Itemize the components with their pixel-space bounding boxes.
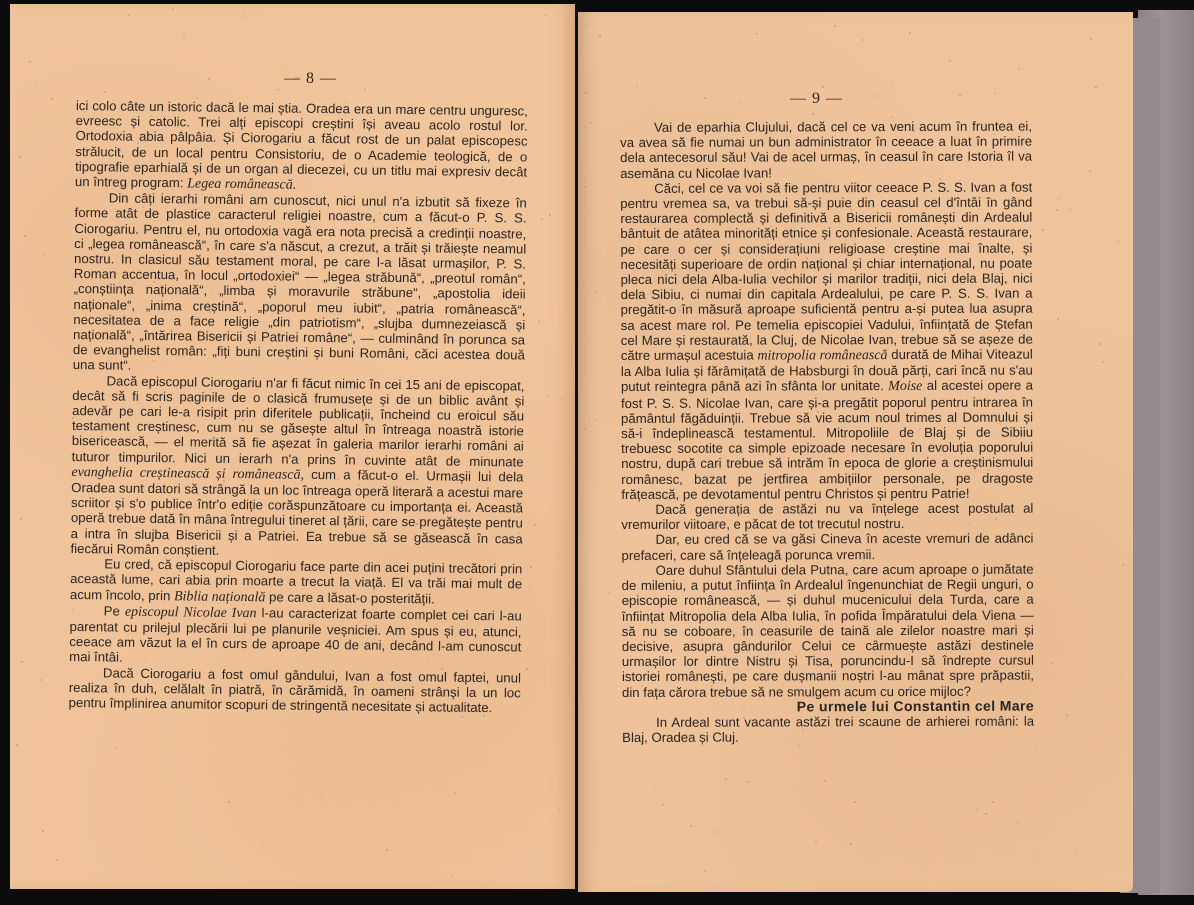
paragraph: In Ardeal sunt vacante astăzi trei scaun…: [622, 713, 1034, 745]
paragraph: Dacă generația de astăzi nu va înțelege …: [621, 501, 1033, 533]
paper-speck: [259, 339, 261, 341]
italic-phrase: Biblia națională: [174, 589, 266, 605]
paper-speck: [558, 809, 560, 811]
italic-phrase: episcopul Nicolae Ivan: [125, 604, 257, 621]
text-run: Dar, eu cred că se va găsi Cineva în ace…: [621, 531, 1033, 563]
paper-speck: [806, 257, 808, 259]
paper-speck: [994, 92, 996, 94]
paper-speck: [738, 102, 740, 104]
paper-speck: [83, 111, 85, 113]
paper-speck: [172, 8, 174, 10]
text-run: Dacă episcopul Ciorogariu n'ar fi făcut …: [72, 373, 525, 469]
paper-speck: [403, 678, 405, 680]
paper-speck: [682, 743, 684, 745]
paper-speck: [551, 783, 553, 785]
paper-speck: [297, 77, 299, 79]
paragraph: Vai de eparhia Clujului, dacă cel ce va …: [620, 119, 1032, 181]
paper-speck: [327, 626, 329, 628]
paper-speck: [857, 707, 859, 709]
text-run: Dacă Ciorogariu a fost omul gândului, Iv…: [69, 665, 522, 715]
paragraph: Dacă Ciorogariu a fost omul gândului, Iv…: [69, 664, 522, 715]
paper-speck: [704, 97, 706, 99]
paper-speck: [917, 481, 919, 483]
paper-speck: [1056, 209, 1058, 211]
paper-speck: [404, 697, 406, 699]
paper-speck: [319, 23, 321, 25]
paper-speck: [101, 431, 103, 433]
paper-speck: [662, 804, 664, 806]
paper-speck: [1089, 170, 1091, 172]
italic-phrase: Moise: [888, 379, 922, 394]
paper-speck: [40, 679, 42, 681]
paper-speck: [549, 214, 551, 216]
paper-speck: [584, 186, 586, 188]
paragraph: Căci, cel ce va voi să fie pentru viitor…: [620, 179, 1033, 502]
text-run: Căci, cel ce va voi să fie pentru viitor…: [620, 179, 1033, 363]
paper-speck: [337, 478, 339, 480]
paper-speck: [801, 672, 803, 674]
paper-speck: [641, 685, 643, 687]
italic-phrase: Legea românească.: [187, 176, 296, 192]
paper-speck: [157, 443, 159, 445]
paper-speck: [153, 360, 155, 362]
paper-speck: [364, 88, 366, 90]
paper-speck: [590, 122, 592, 124]
paper-speck: [179, 570, 181, 572]
paper-speck: [114, 747, 116, 749]
paragraph: Oare duhul Sfântului dela Putna, care ac…: [622, 561, 1034, 699]
paper-speck: [992, 801, 994, 803]
paper-speck: [307, 284, 309, 286]
text-run: Din câți ierarhi români am cunoscut, nic…: [73, 191, 527, 374]
paper-speck: [711, 685, 713, 687]
paper-speck: [770, 225, 772, 227]
paper-speck: [104, 91, 106, 93]
paper-speck: [242, 419, 244, 421]
text-run: In Ardeal sunt vacante astăzi trei scaun…: [622, 713, 1034, 745]
right-page-text: Vai de eparhia Clujului, dacă cel ce va …: [620, 119, 1034, 746]
paper-speck: [985, 813, 987, 815]
paper-speck: [219, 417, 221, 419]
text-run: pe care a lăsat-o posterității.: [265, 589, 434, 606]
paper-speck: [1122, 564, 1124, 566]
paper-speck: [142, 206, 144, 208]
left-page-text: ici colo câte un istoric dacă le mai ști…: [69, 98, 528, 716]
text-run: Dacă generația de astăzi nu va înțelege …: [621, 501, 1033, 533]
paper-speck: [243, 604, 245, 606]
paper-speck: [660, 31, 662, 33]
paper-speck: [153, 281, 155, 283]
paragraph: Dacă episcopul Ciorogariu n'ar fi făcut …: [70, 373, 524, 562]
paper-speck: [585, 92, 587, 94]
paper-speck: [503, 81, 505, 83]
paper-speck: [56, 859, 58, 861]
paper-speck: [203, 135, 205, 137]
paper-speck: [321, 796, 323, 798]
paper-speck: [704, 870, 706, 872]
paper-speck: [1051, 662, 1053, 664]
paper-speck: [42, 830, 44, 832]
paper-speck: [94, 137, 96, 139]
paper-speck: [290, 375, 292, 377]
paper-speck: [608, 592, 610, 594]
paper-speck: [624, 444, 626, 446]
paper-speck: [690, 825, 692, 827]
paper-speck: [850, 843, 852, 845]
paper-speck: [137, 142, 139, 144]
left-page-number: — 8 —: [284, 70, 337, 88]
right-after-heading: In Ardeal sunt vacante astăzi trei scaun…: [622, 713, 1034, 745]
paper-speck: [150, 115, 152, 117]
paper-speck: [1090, 38, 1092, 40]
paper-speck: [534, 524, 536, 526]
paper-speck: [561, 398, 563, 400]
paper-speck: [405, 497, 407, 499]
paper-speck: [557, 553, 559, 555]
paper-speck: [948, 321, 950, 323]
paragraph: Pe episcopul Nicolae Ivan l-au caracteri…: [69, 603, 522, 670]
paragraph: Din câți ierarhi români am cunoscut, nic…: [73, 190, 527, 378]
paper-speck: [815, 841, 817, 843]
paragraph: Dar, eu cred că se va găsi Cineva în ace…: [621, 531, 1033, 563]
paragraph: ici colo câte un istoric dacă le mai ști…: [75, 98, 528, 196]
paper-speck: [679, 117, 681, 119]
paper-speck: [72, 417, 74, 419]
paper-speck: [489, 470, 491, 472]
paper-speck: [315, 227, 317, 229]
paper-speck: [186, 547, 188, 549]
right-page-number: — 9 —: [790, 90, 843, 108]
paper-speck: [416, 523, 418, 525]
paper-speck: [35, 80, 37, 82]
paper-speck: [854, 801, 856, 803]
paper-speck: [75, 168, 77, 170]
paper-speck: [328, 543, 330, 545]
paper-speck: [734, 310, 736, 312]
paper-speck: [802, 729, 804, 731]
text-run: ici colo câte un istoric dacă le mai ști…: [75, 98, 528, 190]
paper-speck: [599, 35, 601, 37]
section-heading: Pe urmele lui Constantin cel Mare: [622, 698, 1034, 715]
paper-speck: [64, 463, 66, 465]
text-run: Vai de eparhia Clujului, dacă cel ce va …: [620, 119, 1032, 181]
paper-speck: [386, 849, 388, 851]
paper-speck: [1042, 229, 1044, 231]
paper-speck: [424, 304, 426, 306]
paper-speck: [1099, 343, 1101, 345]
paper-speck: [24, 235, 26, 237]
paper-speck: [629, 361, 631, 363]
paper-speck: [874, 95, 876, 97]
right-body: Vai de eparhia Clujului, dacă cel ce va …: [620, 119, 1034, 700]
paper-speck: [151, 334, 153, 336]
paper-speck: [469, 509, 471, 511]
paper-speck: [914, 300, 916, 302]
paper-speck: [505, 420, 507, 422]
paper-speck: [525, 155, 527, 157]
paper-speck: [743, 717, 745, 719]
paper-speck: [379, 212, 381, 214]
paragraph: Eu cred, că episcopul Ciorogariu face pa…: [70, 556, 523, 608]
book-spread-photo: — 8 — — 9 — ici colo câte un istoric dac…: [0, 0, 1194, 905]
paper-speck: [798, 744, 800, 746]
paper-speck: [261, 844, 263, 846]
paper-speck: [227, 703, 229, 705]
paper-speck: [541, 218, 543, 220]
paper-speck: [584, 428, 586, 430]
paper-speck: [78, 515, 80, 517]
paper-speck: [526, 668, 528, 670]
text-run: al acestei opere a fost P. S. S. Nicolae…: [621, 378, 1033, 502]
paper-speck: [1118, 240, 1120, 242]
paper-speck: [919, 428, 921, 430]
paper-speck: [304, 506, 306, 508]
paper-speck: [335, 682, 337, 684]
paper-speck: [210, 289, 212, 291]
italic-phrase: mitropolia românească: [757, 348, 887, 363]
paper-speck: [939, 178, 941, 180]
paper-speck: [808, 344, 810, 346]
paper-speck: [545, 14, 547, 16]
paper-speck: [132, 708, 134, 710]
text-run: Oare duhul Sfântului dela Putna, care ac…: [622, 561, 1034, 699]
paper-speck: [378, 461, 380, 463]
paper-speck: [43, 253, 45, 255]
paper-speck: [316, 600, 318, 602]
paper-speck: [1035, 746, 1037, 748]
paper-speck: [100, 627, 102, 629]
paper-speck: [51, 98, 53, 100]
paper-speck: [183, 34, 185, 36]
text-run: Pe: [104, 603, 125, 618]
paper-speck: [627, 731, 629, 733]
